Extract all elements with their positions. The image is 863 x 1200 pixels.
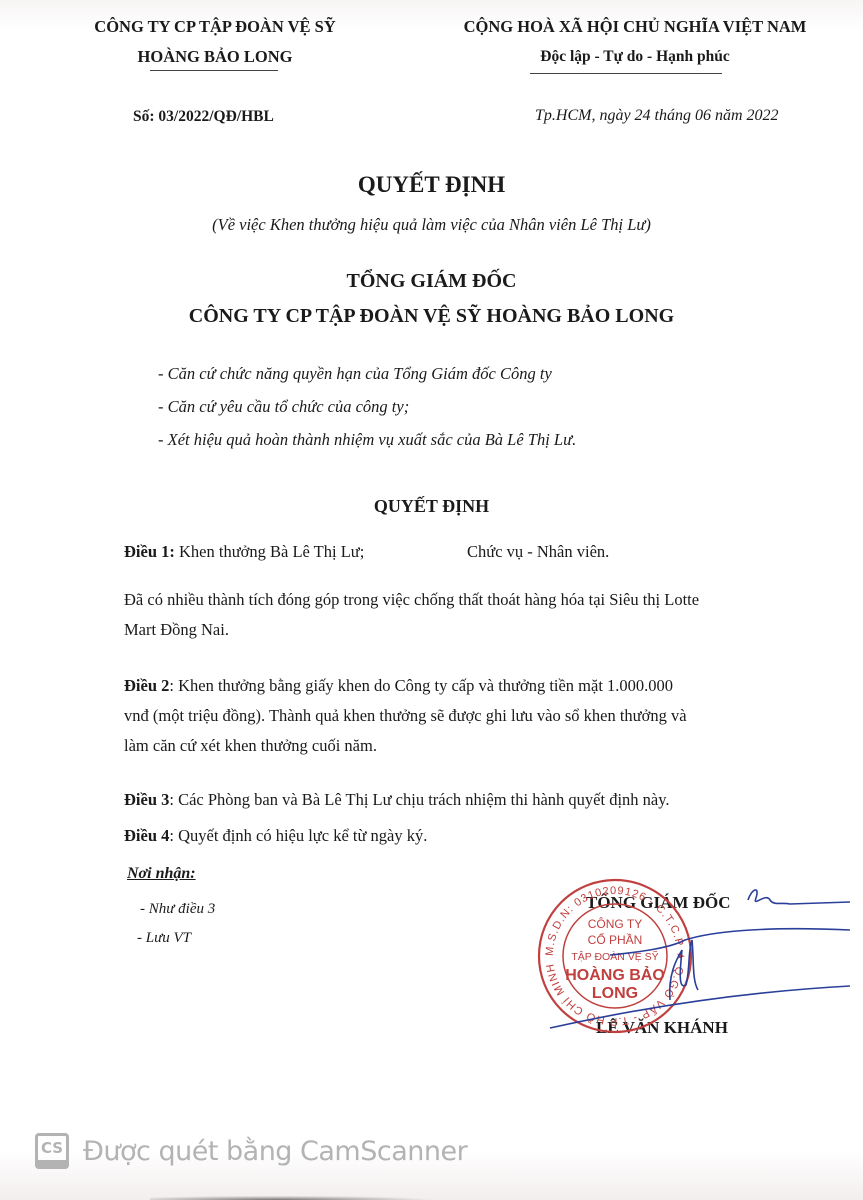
basis-item: - Xét hiệu quả hoàn thành nhiệm vụ xuất … xyxy=(158,430,576,450)
nation-name: CỘNG HOÀ XÃ HỘI CHỦ NGHĨA VIỆT NAM xyxy=(440,12,830,42)
article-1-detail-line1: Đã có nhiều thành tích đóng góp trong vi… xyxy=(124,590,699,610)
recipient-item: - Lưu VT xyxy=(137,930,191,947)
camscanner-text: Được quét bằng CamScanner xyxy=(83,1136,467,1167)
place-date: Tp.HCM, ngày 24 tháng 06 năm 2022 xyxy=(535,107,779,125)
issuer-block: CÔNG TY CP TẬP ĐOÀN VỆ SỸ HOÀNG BẢO LONG xyxy=(60,12,370,72)
motto-underline xyxy=(530,73,722,74)
document-title: QUYẾT ĐỊNH xyxy=(0,172,863,198)
reference-number: Số: 03/2022/QĐ/HBL xyxy=(133,108,274,126)
basis-item: - Căn cứ chức năng quyền hạn của Tổng Gi… xyxy=(158,364,552,384)
scanned-document-page: CÔNG TY CP TẬP ĐOÀN VỆ SỸ HOÀNG BẢO LONG… xyxy=(0,0,863,1200)
article-3-text: : Các Phòng ban và Bà Lê Thị Lư chịu trá… xyxy=(169,790,669,809)
document-subject: (Về việc Khen thưởng hiệu quả làm việc c… xyxy=(0,215,863,235)
camscanner-logo-icon: CS xyxy=(35,1133,69,1169)
article-2-line2: vnđ (một triệu đồng). Thành quả khen thư… xyxy=(124,706,687,726)
issuer-name-line1: CÔNG TY CP TẬP ĐOÀN VỆ SỸ xyxy=(60,12,370,42)
article-3-label: Điều 3 xyxy=(124,790,169,809)
decision-heading: QUYẾT ĐỊNH xyxy=(0,496,863,517)
article-1-label: Điều 1: xyxy=(124,542,175,561)
article-2-line3: làm căn cứ xét khen thưởng cuối năm. xyxy=(124,736,377,756)
article-1-position: Chức vụ - Nhân viên. xyxy=(467,542,609,562)
nation-motto: Độc lập - Tự do - Hạnh phúc xyxy=(440,42,830,72)
national-motto-block: CỘNG HOÀ XÃ HỘI CHỦ NGHĨA VIỆT NAM Độc l… xyxy=(440,12,830,72)
article-1-detail-line2: Mart Đồng Nai. xyxy=(124,620,229,640)
issuer-underline xyxy=(150,70,278,71)
article-2-label: Điều 2 xyxy=(124,676,169,695)
basis-item: - Căn cứ yêu cầu tổ chức của công ty; xyxy=(158,397,409,417)
article-4-text: : Quyết định có hiệu lực kể từ ngày ký. xyxy=(169,826,427,845)
article-2-line1: : Khen thưởng bằng giấy khen do Công ty … xyxy=(169,676,673,695)
article-3: Điều 3: Các Phòng ban và Bà Lê Thị Lư ch… xyxy=(124,790,670,810)
recipient-item: - Như điều 3 xyxy=(140,901,215,918)
article-1-text: Khen thưởng Bà Lê Thị Lư; xyxy=(175,542,364,561)
authority-title: TỔNG GIÁM ĐỐC xyxy=(0,270,863,293)
recipients-heading: Nơi nhận: xyxy=(127,865,196,883)
article-1: Điều 1: Khen thưởng Bà Lê Thị Lư; xyxy=(124,542,364,562)
page-edge-shadow xyxy=(150,1190,650,1200)
issuer-name-line2: HOÀNG BẢO LONG xyxy=(60,42,370,72)
authority-company: CÔNG TY CP TẬP ĐOÀN VỆ SỸ HOÀNG BẢO LONG xyxy=(0,305,863,328)
article-4: Điều 4: Quyết định có hiệu lực kể từ ngà… xyxy=(124,826,427,846)
article-4-label: Điều 4 xyxy=(124,826,169,845)
article-2: Điều 2: Khen thưởng bằng giấy khen do Cô… xyxy=(124,676,673,696)
camscanner-watermark: CS Được quét bằng CamScanner xyxy=(35,1133,467,1169)
handwritten-signature xyxy=(520,880,850,1040)
